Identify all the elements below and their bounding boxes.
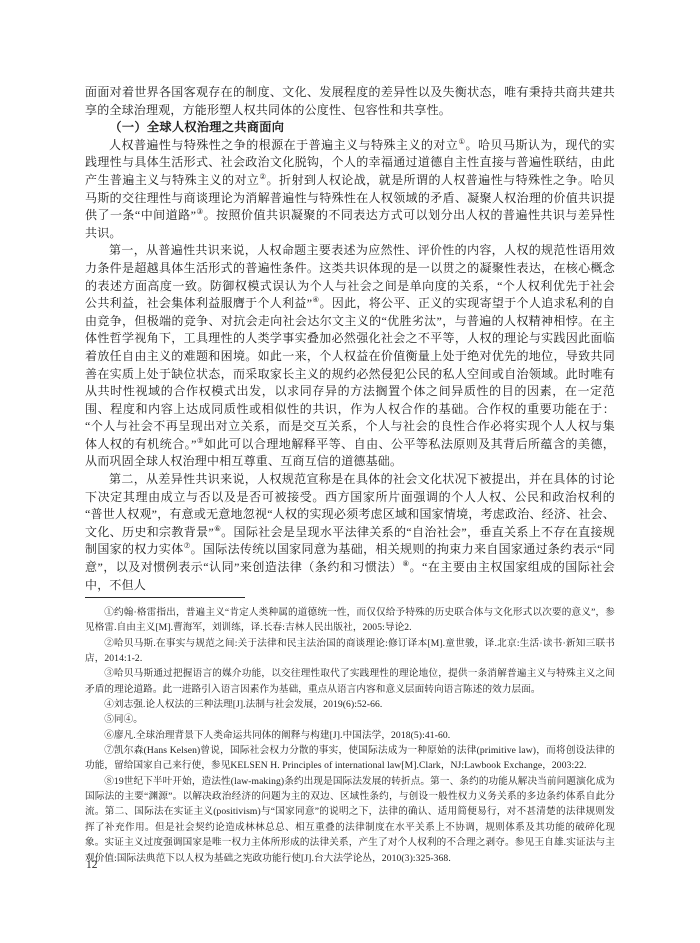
footnote-item: ②哈贝马斯.在事实与规范之间:关于法律和民主法治国的商谈理论:修订译本[M].童… (85, 636, 615, 667)
footnote-item: ⑦凯尔森(Hans Kelsen)曾说，国际社会权力分散的事实，使国际法成为一种… (85, 743, 615, 774)
footnote-item: ⑥廖凡.全球治理背景下人类命运共同体的阐释与构建[J].中国法学，2018(5)… (85, 728, 615, 743)
footnote-item: ①约翰·格雷指出，普遍主义“肯定人类种属的道德统一性，而仅仅给予特殊的历史联合体… (85, 605, 615, 636)
page-number: 12 (86, 859, 98, 871)
footnote-item: ④刘志强.论人权法的三种法理[J].法制与社会发展，2019(6):52-66. (85, 697, 615, 712)
section-heading: （一）全球人权治理之共商面向 (85, 119, 615, 137)
footnote-item: ⑤同④。 (85, 712, 615, 727)
body-paragraph: 第二，从差异性共识来说，人权规范宣称是在具体的社会文化状况下被提出，并在具体的讨… (85, 471, 615, 594)
footnote-separator (85, 597, 245, 598)
body-paragraph: 人权普遍性与特殊性之争的根源在于普遍主义与特殊主义的对立①。哈贝马斯认为，现代的… (85, 137, 615, 243)
continuation-paragraph: 面面对着世界各国客观存在的制度、文化、发展程度的差异性以及失衡状态，唯有秉持共商… (85, 84, 615, 119)
main-text-block: 面面对着世界各国客观存在的制度、文化、发展程度的差异性以及失衡状态，唯有秉持共商… (85, 84, 615, 594)
body-paragraph: 第一，从普遍性共识来说，人权命题主要表述为应然性、评价性的内容，人权的规范性语用… (85, 242, 615, 471)
document-page: 面面对着世界各国客观存在的制度、文化、发展程度的差异性以及失衡状态，唯有秉持共商… (0, 0, 700, 943)
footnote-item: ③哈贝马斯通过把握语言的媒介功能，以交往理性取代了实践理性的理论地位，提供一条消… (85, 666, 615, 697)
footnotes-block: ①约翰·格雷指出，普遍主义“肯定人类种属的道德统一性，而仅仅给予特殊的历史联合体… (85, 605, 615, 866)
footnote-item: ⑧19世纪下半叶开始，造法性(law-making)条约出现是国际法发展的转折点… (85, 774, 615, 866)
